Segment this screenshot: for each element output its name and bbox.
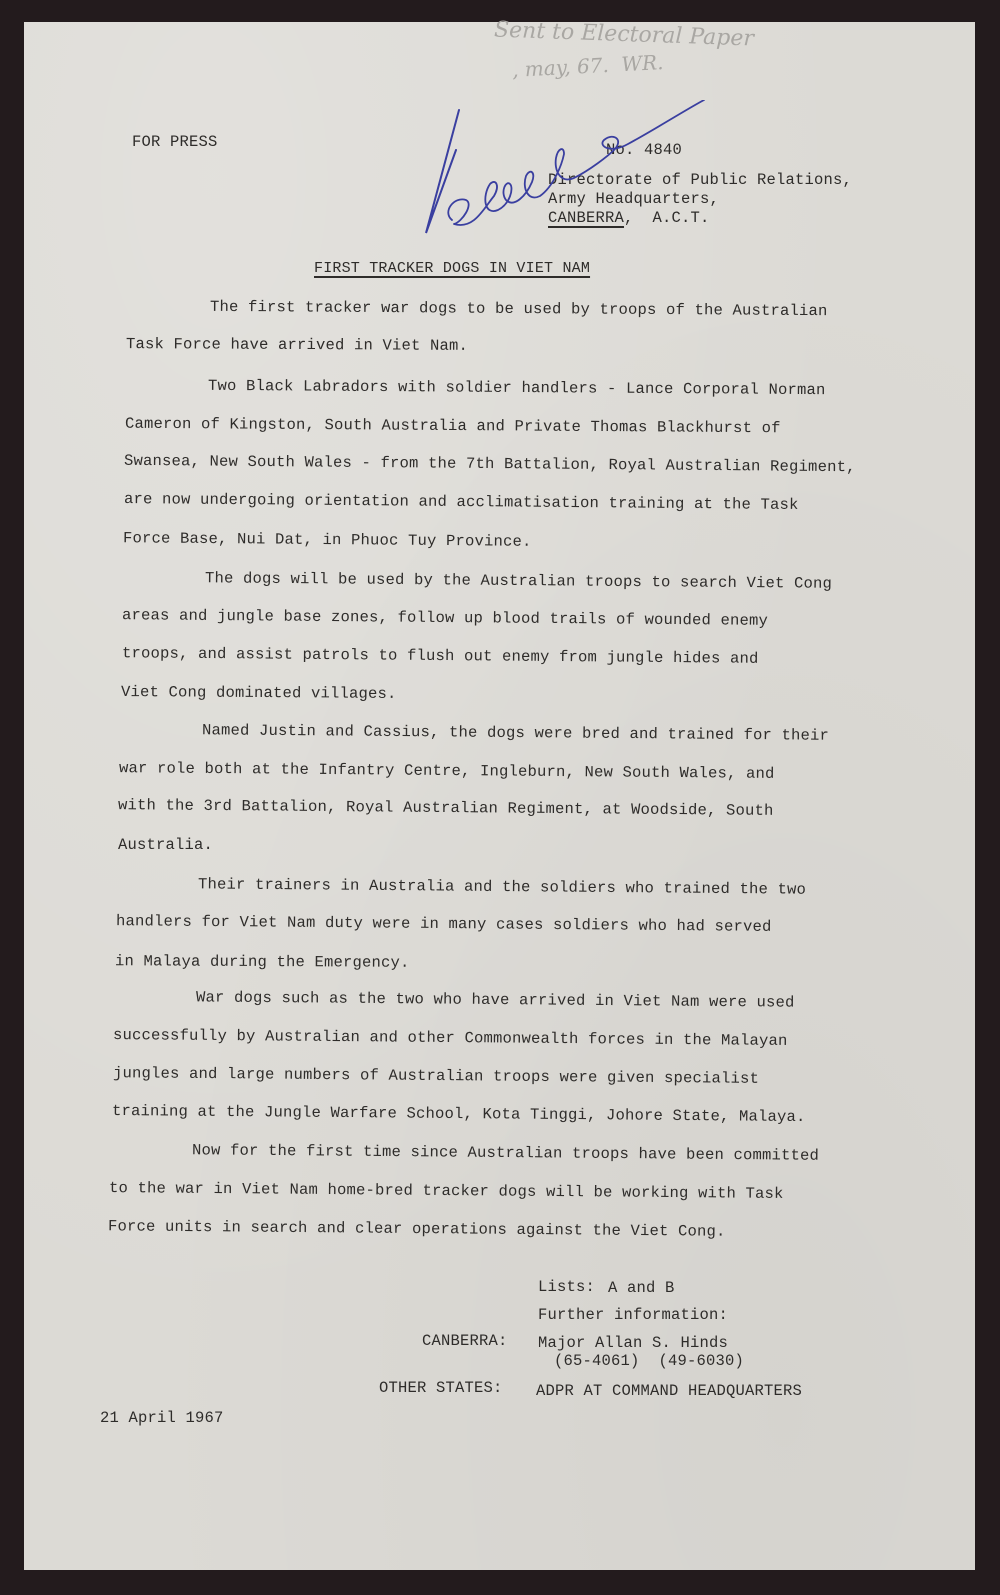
paragraph-5-line-2: handlers for Viet Nam duty were in many …: [116, 912, 772, 936]
other-states-label: OTHER STATES:: [379, 1379, 503, 1397]
lists-value: A and B: [608, 1279, 675, 1297]
paragraph-6-line-4: training at the Jungle Warfare School, K…: [112, 1102, 806, 1126]
paragraph-2-line-4: are now undergoing orientation and accli…: [124, 490, 799, 514]
press-release-page: Sent to Electoral Paper , may, 67. WR. F…: [24, 22, 975, 1570]
canberra-underlined: CANBERRA: [548, 209, 624, 227]
pencil-annotation-line2: , may, 67. WR.: [511, 50, 664, 82]
release-number: No. 4840: [606, 141, 682, 159]
further-information-label: Further information:: [538, 1306, 728, 1324]
canberra-phones: (65-4061) (49-6030): [554, 1352, 744, 1370]
paragraph-4-line-4: Australia.: [118, 836, 213, 854]
paragraph-3-line-3: troops, and assist patrols to flush out …: [122, 644, 759, 668]
address-line-directorate: Directorate of Public Relations,: [548, 171, 852, 189]
paragraph-3-line-4: Viet Cong dominated villages.: [121, 683, 397, 703]
other-states-value: ADPR AT COMMAND HEADQUARTERS: [536, 1382, 802, 1400]
canberra-label: CANBERRA:: [422, 1332, 508, 1350]
paragraph-2-line-1: Two Black Labradors with soldier handler…: [208, 377, 826, 399]
paragraph-2-line-5: Force Base, Nui Dat, in Phuoc Tuy Provin…: [123, 529, 532, 551]
paragraph-3-line-1: The dogs will be used by the Australian …: [205, 569, 832, 592]
canberra-contact: Major Allan S. Hinds: [538, 1334, 728, 1352]
paragraph-7-line-3: Force units in search and clear operatio…: [108, 1217, 726, 1240]
for-press-label: FOR PRESS: [132, 133, 218, 151]
paragraph-1-line-2: Task Force have arrived in Viet Nam.: [126, 335, 468, 355]
address-line-canberra: CANBERRA, A.C.T.: [548, 209, 710, 227]
paragraph-4-line-1: Named Justin and Cassius, the dogs were …: [202, 721, 829, 744]
pencil-annotation-line1: Sent to Electoral Paper: [494, 17, 755, 51]
paragraph-2-line-2: Cameron of Kingston, South Australia and…: [125, 415, 781, 438]
paragraph-3-line-2: areas and jungle base zones, follow up b…: [122, 606, 768, 630]
paragraph-6-line-3: jungles and large numbers of Australian …: [113, 1064, 759, 1088]
paragraph-1-line-1: The first tracker war dogs to be used by…: [210, 298, 828, 320]
paragraph-6-line-2: successfully by Australian and other Com…: [113, 1026, 788, 1050]
paragraph-5-line-1: Their trainers in Australia and the sold…: [198, 875, 806, 898]
paragraph-7-line-2: to the war in Viet Nam home-bred tracker…: [109, 1179, 784, 1203]
paragraph-7-line-1: Now for the first time since Australian …: [192, 1141, 819, 1164]
paragraph-6-line-1: War dogs such as the two who have arrive…: [196, 988, 795, 1011]
paragraph-4-line-2: war role both at the Infantry Centre, In…: [119, 759, 775, 783]
paragraph-4-line-3: with the 3rd Battalion, Royal Australian…: [118, 796, 774, 820]
address-line-army-hq: Army Headquarters,: [548, 190, 719, 208]
release-date: 21 April 1967: [100, 1409, 224, 1427]
lists-label: Lists:: [538, 1278, 595, 1296]
paragraph-5-line-3: in Malaya during the Emergency.: [115, 952, 410, 972]
paragraph-2-line-3: Swansea, New South Wales - from the 7th …: [124, 452, 856, 476]
page-title: FIRST TRACKER DOGS IN VIET NAM: [314, 260, 590, 277]
act-suffix: , A.C.T.: [624, 209, 710, 227]
